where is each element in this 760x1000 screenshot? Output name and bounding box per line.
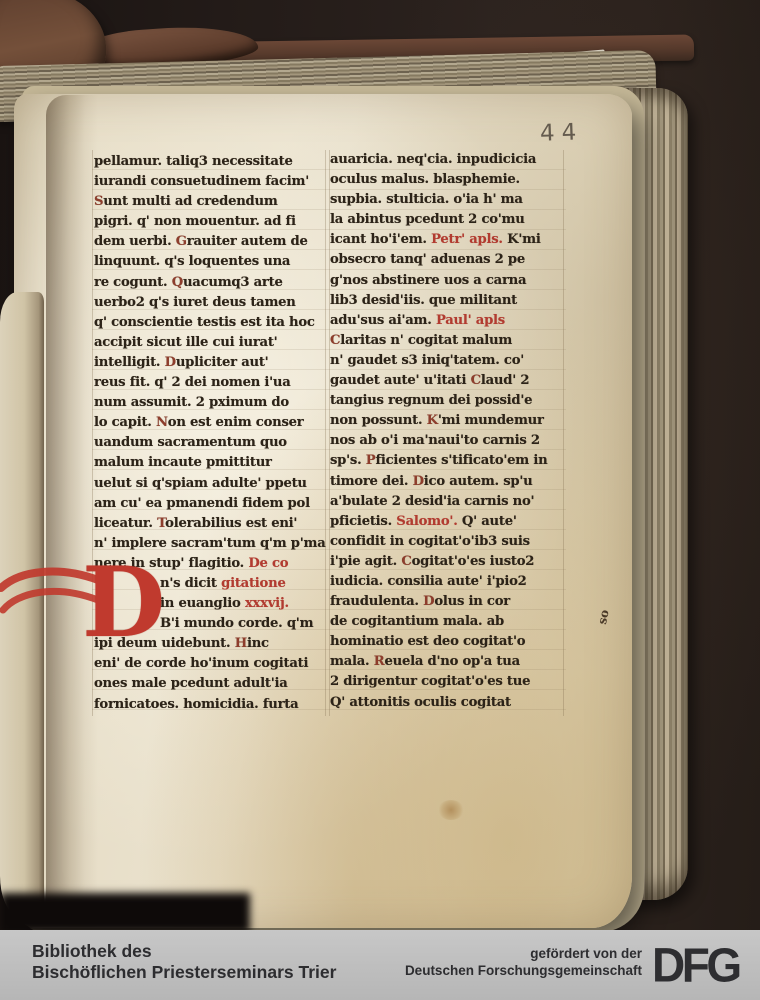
manuscript-text-line: fraudulenta. Dolus in cor: [330, 592, 564, 612]
rubric-text: De co: [248, 556, 288, 571]
manuscript-text-line: supbia. stulticia. o'ia h' ma: [330, 190, 564, 210]
manuscript-text: K'mi: [507, 232, 540, 247]
manuscript-text-line: pigri. q' non mouentur. ad fi: [94, 212, 326, 232]
text-column-right: auaricia. neq'cia. inpudiciciaoculus mal…: [330, 150, 564, 713]
footer-bar: Bibliothek des Bischöflichen Priestersem…: [0, 930, 760, 1000]
manuscript-text: B'i mundo corde. q'm: [160, 616, 313, 631]
manuscript-text-line: 2 dirigentur cogitat'o'es tue: [330, 672, 564, 692]
manuscript-text-line: la abintus pcedunt 2 co'mu: [330, 210, 564, 230]
manuscript-text-line: iudicia. consilia aute' i'pio2: [330, 572, 564, 592]
manuscript-text: Q' attonitis oculis cogitat: [330, 695, 511, 710]
manuscript-text: 2 dirigentur cogitat'o'es tue: [330, 674, 530, 689]
manuscript-text-line: icant ho'i'em. Petr' apls. K'mi: [330, 230, 564, 250]
manuscript-text: C: [471, 373, 481, 388]
manuscript-text: ones male pcedunt adult'ia: [94, 676, 288, 691]
manuscript-text: laud' 2: [481, 373, 529, 388]
rubric-text: gitatione: [221, 576, 286, 591]
initial-capital-d: D: [82, 560, 160, 656]
manuscript-text: accipit sicut ille cui iurat': [94, 335, 277, 350]
manuscript-text-line: accipit sicut ille cui iurat': [94, 333, 326, 353]
manuscript-text: on est enim conser: [168, 415, 304, 430]
manuscript-text: num assumit. 2 pximum do: [94, 395, 289, 410]
manuscript-text: Q' aute': [462, 514, 517, 529]
manuscript-text: euela d'no op'a tua: [384, 654, 519, 669]
manuscript-text: C: [330, 333, 340, 348]
page-number: 44: [540, 119, 584, 146]
manuscript-text: olus in cor: [434, 594, 510, 609]
library-name-line1: Bibliothek des: [32, 941, 336, 962]
manuscript-text-line: timore dei. Dico autem. sp'u: [330, 472, 564, 492]
manuscript-text: dem uerbi.: [94, 234, 176, 249]
funding-credit-line2: Deutschen Forschungsgemeinschaft: [405, 963, 642, 980]
manuscript-text-line: dem uerbi. Grauiter autem de: [94, 232, 326, 252]
manuscript-text: D: [413, 474, 424, 489]
manuscript-text: am cu' ea pmanendi fidem pol: [94, 496, 310, 511]
manuscript-text-line: sp's. Pficientes s'tificato'em in: [330, 451, 564, 471]
manuscript-text: uelut si q'spiam adulte' ppetu: [94, 476, 307, 491]
manuscript-text-line: mala. Reuela d'no op'a tua: [330, 652, 564, 672]
manuscript-text-line: uandum sacramentum quo: [94, 433, 326, 453]
manuscript-text: C: [401, 554, 411, 569]
manuscript-text: ogitat'o'es iusto2: [412, 554, 535, 569]
manuscript-text: D: [423, 594, 434, 609]
manuscript-text: fornicatoes. homicidia. furta: [94, 697, 298, 712]
manuscript-text-line: fornicatoes. homicidia. furta: [94, 695, 326, 715]
manuscript-text-line: liceatur. Tolerabilius est eni': [94, 514, 326, 534]
manuscript-text-line: non possunt. K'mi mundemur: [330, 411, 564, 431]
manuscript-text: oculus malus. blasphemie.: [330, 172, 520, 187]
manuscript-text: obsecro tanq' aduenas 2 pe: [330, 252, 525, 267]
manuscript-text: sp's.: [330, 453, 366, 468]
digitized-manuscript-viewer: ꝛꝰ ſꝯ ꝝ 44 pellamur. taliq3 necessitatei…: [0, 0, 760, 1000]
manuscript-text: N: [156, 415, 168, 430]
manuscript-text: hominatio est deo cogitat'o: [330, 634, 525, 649]
manuscript-text-line: confidit in cogitat'o'ib3 suis: [330, 532, 564, 552]
manuscript-text: g'nos abstinere uos a carna: [330, 273, 526, 288]
manuscript-text: n's dicit: [160, 576, 221, 591]
manuscript-text: gaudet aute' u'itati: [330, 373, 471, 388]
manuscript-text: de cogitantium mala. ab: [330, 614, 504, 629]
manuscript-text-line: a'bulate 2 desid'ia carnis no': [330, 492, 564, 512]
manuscript-text-line: uerbo2 q's iuret deus tamen: [94, 293, 326, 313]
library-name: Bibliothek des Bischöflichen Priestersem…: [32, 941, 336, 983]
manuscript-text-line: Q' attonitis oculis cogitat: [330, 693, 564, 713]
manuscript-text: laritas n' cogitat malum: [340, 333, 512, 348]
manuscript-text-line: ones male pcedunt adult'ia: [94, 674, 326, 694]
manuscript-text: reus fit. q' 2 dei nomen i'ua: [94, 375, 291, 390]
manuscript-text: rauiter autem de: [187, 234, 308, 249]
manuscript-text: S: [94, 194, 103, 209]
gutter-shadow: [46, 95, 98, 927]
manuscript-text-line: tangius regnum dei possid'e: [330, 391, 564, 411]
manuscript-text: olerabilius est eni': [165, 516, 297, 531]
manuscript-text-line: am cu' ea pmanendi fidem pol: [94, 494, 326, 514]
manuscript-text: i'pie agit.: [330, 554, 401, 569]
manuscript-text: liceatur.: [94, 516, 157, 531]
manuscript-text-line: Sunt multi ad credendum: [94, 192, 326, 212]
rubric-text: Salomo'.: [396, 514, 462, 529]
manuscript-text: pellamur. taliq3 necessitate: [94, 154, 293, 169]
manuscript-text: upliciter aut': [176, 355, 269, 370]
manuscript-text: T: [157, 516, 165, 531]
manuscript-text: ficientes s'tificato'em in: [375, 453, 547, 468]
manuscript-photo: ꝛꝰ ſꝯ ꝝ 44 pellamur. taliq3 necessitatei…: [0, 0, 760, 930]
manuscript-text: G: [176, 234, 187, 249]
manuscript-text: malum incaute pmittitur: [94, 455, 272, 470]
manuscript-text-line: gaudet aute' u'itati Claud' 2: [330, 371, 564, 391]
manuscript-text-line: Claritas n' cogitat malum: [330, 331, 564, 351]
manuscript-text-line: uelut si q'spiam adulte' ppetu: [94, 474, 326, 494]
manuscript-text-line: lo capit. Non est enim conser: [94, 413, 326, 433]
manuscript-text-line: adu'sus ai'am. Paul' apls: [330, 311, 564, 331]
manuscript-text-line: i'pie agit. Cogitat'o'es iusto2: [330, 552, 564, 572]
margin-note: so: [595, 608, 612, 625]
manuscript-text-line: num assumit. 2 pximum do: [94, 393, 326, 413]
manuscript-text: iudicia. consilia aute' i'pio2: [330, 574, 527, 589]
manuscript-text: inc: [247, 636, 269, 651]
manuscript-text: uandum sacramentum quo: [94, 435, 287, 450]
book-shadow: [0, 893, 250, 930]
manuscript-text-line: de cogitantium mala. ab: [330, 612, 564, 632]
manuscript-text: pigri. q' non mouentur. ad fi: [94, 214, 296, 229]
manuscript-text: n' gaudet s3 iniq'tatem. co': [330, 353, 524, 368]
manuscript-text: H: [235, 636, 247, 651]
manuscript-text: non possunt.: [330, 413, 427, 428]
manuscript-text: re cogunt.: [94, 275, 172, 290]
manuscript-text: timore dei.: [330, 474, 413, 489]
manuscript-text: a'bulate 2 desid'ia carnis no': [330, 494, 534, 509]
manuscript-text: 'mi mundemur: [438, 413, 544, 428]
funding-credit: gefördert von der Deutschen Forschungsge…: [405, 946, 642, 979]
manuscript-text-line: obsecro tanq' aduenas 2 pe: [330, 250, 564, 270]
manuscript-text-line: iurandi consuetudinem facim': [94, 172, 326, 192]
manuscript-text: Q: [172, 275, 183, 290]
manuscript-text: supbia. stulticia. o'ia h' ma: [330, 192, 523, 207]
manuscript-text: uacumq3 arte: [183, 275, 283, 290]
manuscript-text: R: [374, 654, 385, 669]
manuscript-text: la abintus pcedunt 2 co'mu: [330, 212, 525, 227]
manuscript-text: ico autem. sp'u: [424, 474, 533, 489]
manuscript-text-line: intelligit. Dupliciter aut': [94, 353, 326, 373]
manuscript-text: fraudulenta.: [330, 594, 423, 609]
manuscript-text-line: n' gaudet s3 iniq'tatem. co': [330, 351, 564, 371]
rubric-text: Paul' apls: [436, 313, 505, 328]
manuscript-text-line: pficietis. Salomo'. Q' aute': [330, 512, 564, 532]
manuscript-text: K: [427, 413, 438, 428]
rubric-text: xxxvij.: [245, 596, 289, 611]
manuscript-text: q' conscientie testis est ita hoc: [94, 315, 315, 330]
manuscript-text-line: lib3 desid'iis. que militant: [330, 291, 564, 311]
manuscript-text-line: auaricia. neq'cia. inpudicicia: [330, 150, 564, 170]
manuscript-text: in euanglio: [160, 596, 245, 611]
dfg-logo: DFG: [652, 937, 752, 993]
manuscript-text: lo capit.: [94, 415, 156, 430]
manuscript-text: auaricia. neq'cia. inpudicicia: [330, 152, 536, 167]
manuscript-text-line: q' conscientie testis est ita hoc: [94, 313, 326, 333]
manuscript-text: D: [165, 355, 176, 370]
manuscript-text: intelligit.: [94, 355, 165, 370]
manuscript-text-line: pellamur. taliq3 necessitate: [94, 152, 326, 172]
manuscript-text-line: malum incaute pmittitur: [94, 453, 326, 473]
manuscript-text: nos ab o'i ma'naui'to carnis 2: [330, 433, 540, 448]
rubric-text: Petr' apls.: [431, 232, 507, 247]
manuscript-text: lib3 desid'iis. que militant: [330, 293, 517, 308]
manuscript-text: icant ho'i'em.: [330, 232, 431, 247]
library-name-line2: Bischöflichen Priesterseminars Trier: [32, 962, 336, 983]
manuscript-text: mala.: [330, 654, 374, 669]
manuscript-text-line: nos ab o'i ma'naui'to carnis 2: [330, 431, 564, 451]
funding-credit-line1: gefördert von der: [405, 946, 642, 963]
parchment-stain: [438, 800, 464, 820]
manuscript-text: linquunt. q's loquentes una: [94, 254, 290, 269]
manuscript-text-line: reus fit. q' 2 dei nomen i'ua: [94, 373, 326, 393]
manuscript-text: unt multi ad credendum: [103, 194, 277, 209]
manuscript-text-line: re cogunt. Quacumq3 arte: [94, 273, 326, 293]
manuscript-text: adu'sus ai'am.: [330, 313, 436, 328]
manuscript-text-line: hominatio est deo cogitat'o: [330, 632, 564, 652]
manuscript-text: confidit in cogitat'o'ib3 suis: [330, 534, 530, 549]
manuscript-text-line: oculus malus. blasphemie.: [330, 170, 564, 190]
manuscript-text: iurandi consuetudinem facim': [94, 174, 309, 189]
manuscript-text: pficietis.: [330, 514, 396, 529]
manuscript-text: uerbo2 q's iuret deus tamen: [94, 295, 296, 310]
manuscript-text-line: linquunt. q's loquentes una: [94, 252, 326, 272]
manuscript-text-line: g'nos abstinere uos a carna: [330, 271, 564, 291]
manuscript-text: tangius regnum dei possid'e: [330, 393, 532, 408]
